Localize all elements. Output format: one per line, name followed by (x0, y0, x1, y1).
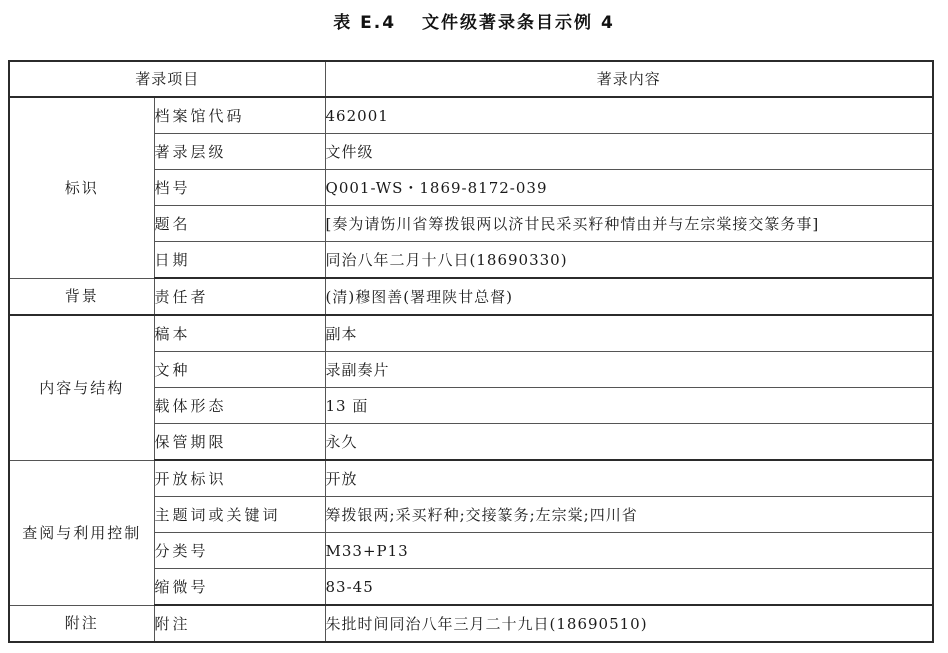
header-content: 著录内容 (325, 61, 933, 97)
item-value: 462001 (325, 97, 933, 134)
item-label: 主题词或关键词 (154, 497, 325, 533)
group-label-notes: 附注 (9, 605, 154, 642)
item-value: 筹拨银两;采买籽种;交接篆务;左宗棠;四川省 (325, 497, 933, 533)
item-value: 同治八年二月十八日(18690330) (325, 242, 933, 279)
item-value: 83-45 (325, 569, 933, 606)
table-row: 标识 档案馆代码 462001 (9, 97, 933, 134)
item-value: Q001-WS・1869-8172-039 (325, 170, 933, 206)
group-label-background: 背景 (9, 278, 154, 315)
catalog-entry-table: 著录项目 著录内容 标识 档案馆代码 462001 著录层级 文件级 档号 Q0… (8, 60, 934, 643)
group-label-access-control: 查阅与利用控制 (9, 460, 154, 605)
item-label: 缩微号 (154, 569, 325, 606)
item-value: 录副奏片 (325, 352, 933, 388)
header-item: 著录项目 (9, 61, 325, 97)
item-label: 开放标识 (154, 460, 325, 497)
table-row: 附注 附注 朱批时间同治八年三月二十九日(18690510) (9, 605, 933, 642)
group-label-content-structure: 内容与结构 (9, 315, 154, 460)
table-title: 文件级著录条目示例 4 (422, 13, 615, 33)
item-label: 保管期限 (154, 424, 325, 461)
item-label: 文种 (154, 352, 325, 388)
table-number: 表 E.4 (333, 13, 396, 33)
item-label: 载体形态 (154, 388, 325, 424)
item-label: 档案馆代码 (154, 97, 325, 134)
item-label: 题名 (154, 206, 325, 242)
item-label: 附注 (154, 605, 325, 642)
item-value: [奏为请饬川省筹拨银两以济甘民采买籽种情由并与左宗棠接交篆务事] (325, 206, 933, 242)
item-value: 永久 (325, 424, 933, 461)
table-row: 背景 责任者 (清)穆图善(署理陕甘总督) (9, 278, 933, 315)
item-label: 分类号 (154, 533, 325, 569)
item-label: 日期 (154, 242, 325, 279)
table-row: 内容与结构 稿本 副本 (9, 315, 933, 352)
item-value: (清)穆图善(署理陕甘总督) (325, 278, 933, 315)
item-label: 稿本 (154, 315, 325, 352)
group-label-identification: 标识 (9, 97, 154, 278)
item-value: 13 面 (325, 388, 933, 424)
item-value: M33+P13 (325, 533, 933, 569)
table-caption: 表 E.4文件级著录条目示例 4 (0, 10, 948, 36)
item-value: 开放 (325, 460, 933, 497)
table-row: 查阅与利用控制 开放标识 开放 (9, 460, 933, 497)
item-value: 副本 (325, 315, 933, 352)
item-label: 档号 (154, 170, 325, 206)
item-label: 著录层级 (154, 134, 325, 170)
item-value: 朱批时间同治八年三月二十九日(18690510) (325, 605, 933, 642)
item-value: 文件级 (325, 134, 933, 170)
item-label: 责任者 (154, 278, 325, 315)
header-row: 著录项目 著录内容 (9, 61, 933, 97)
